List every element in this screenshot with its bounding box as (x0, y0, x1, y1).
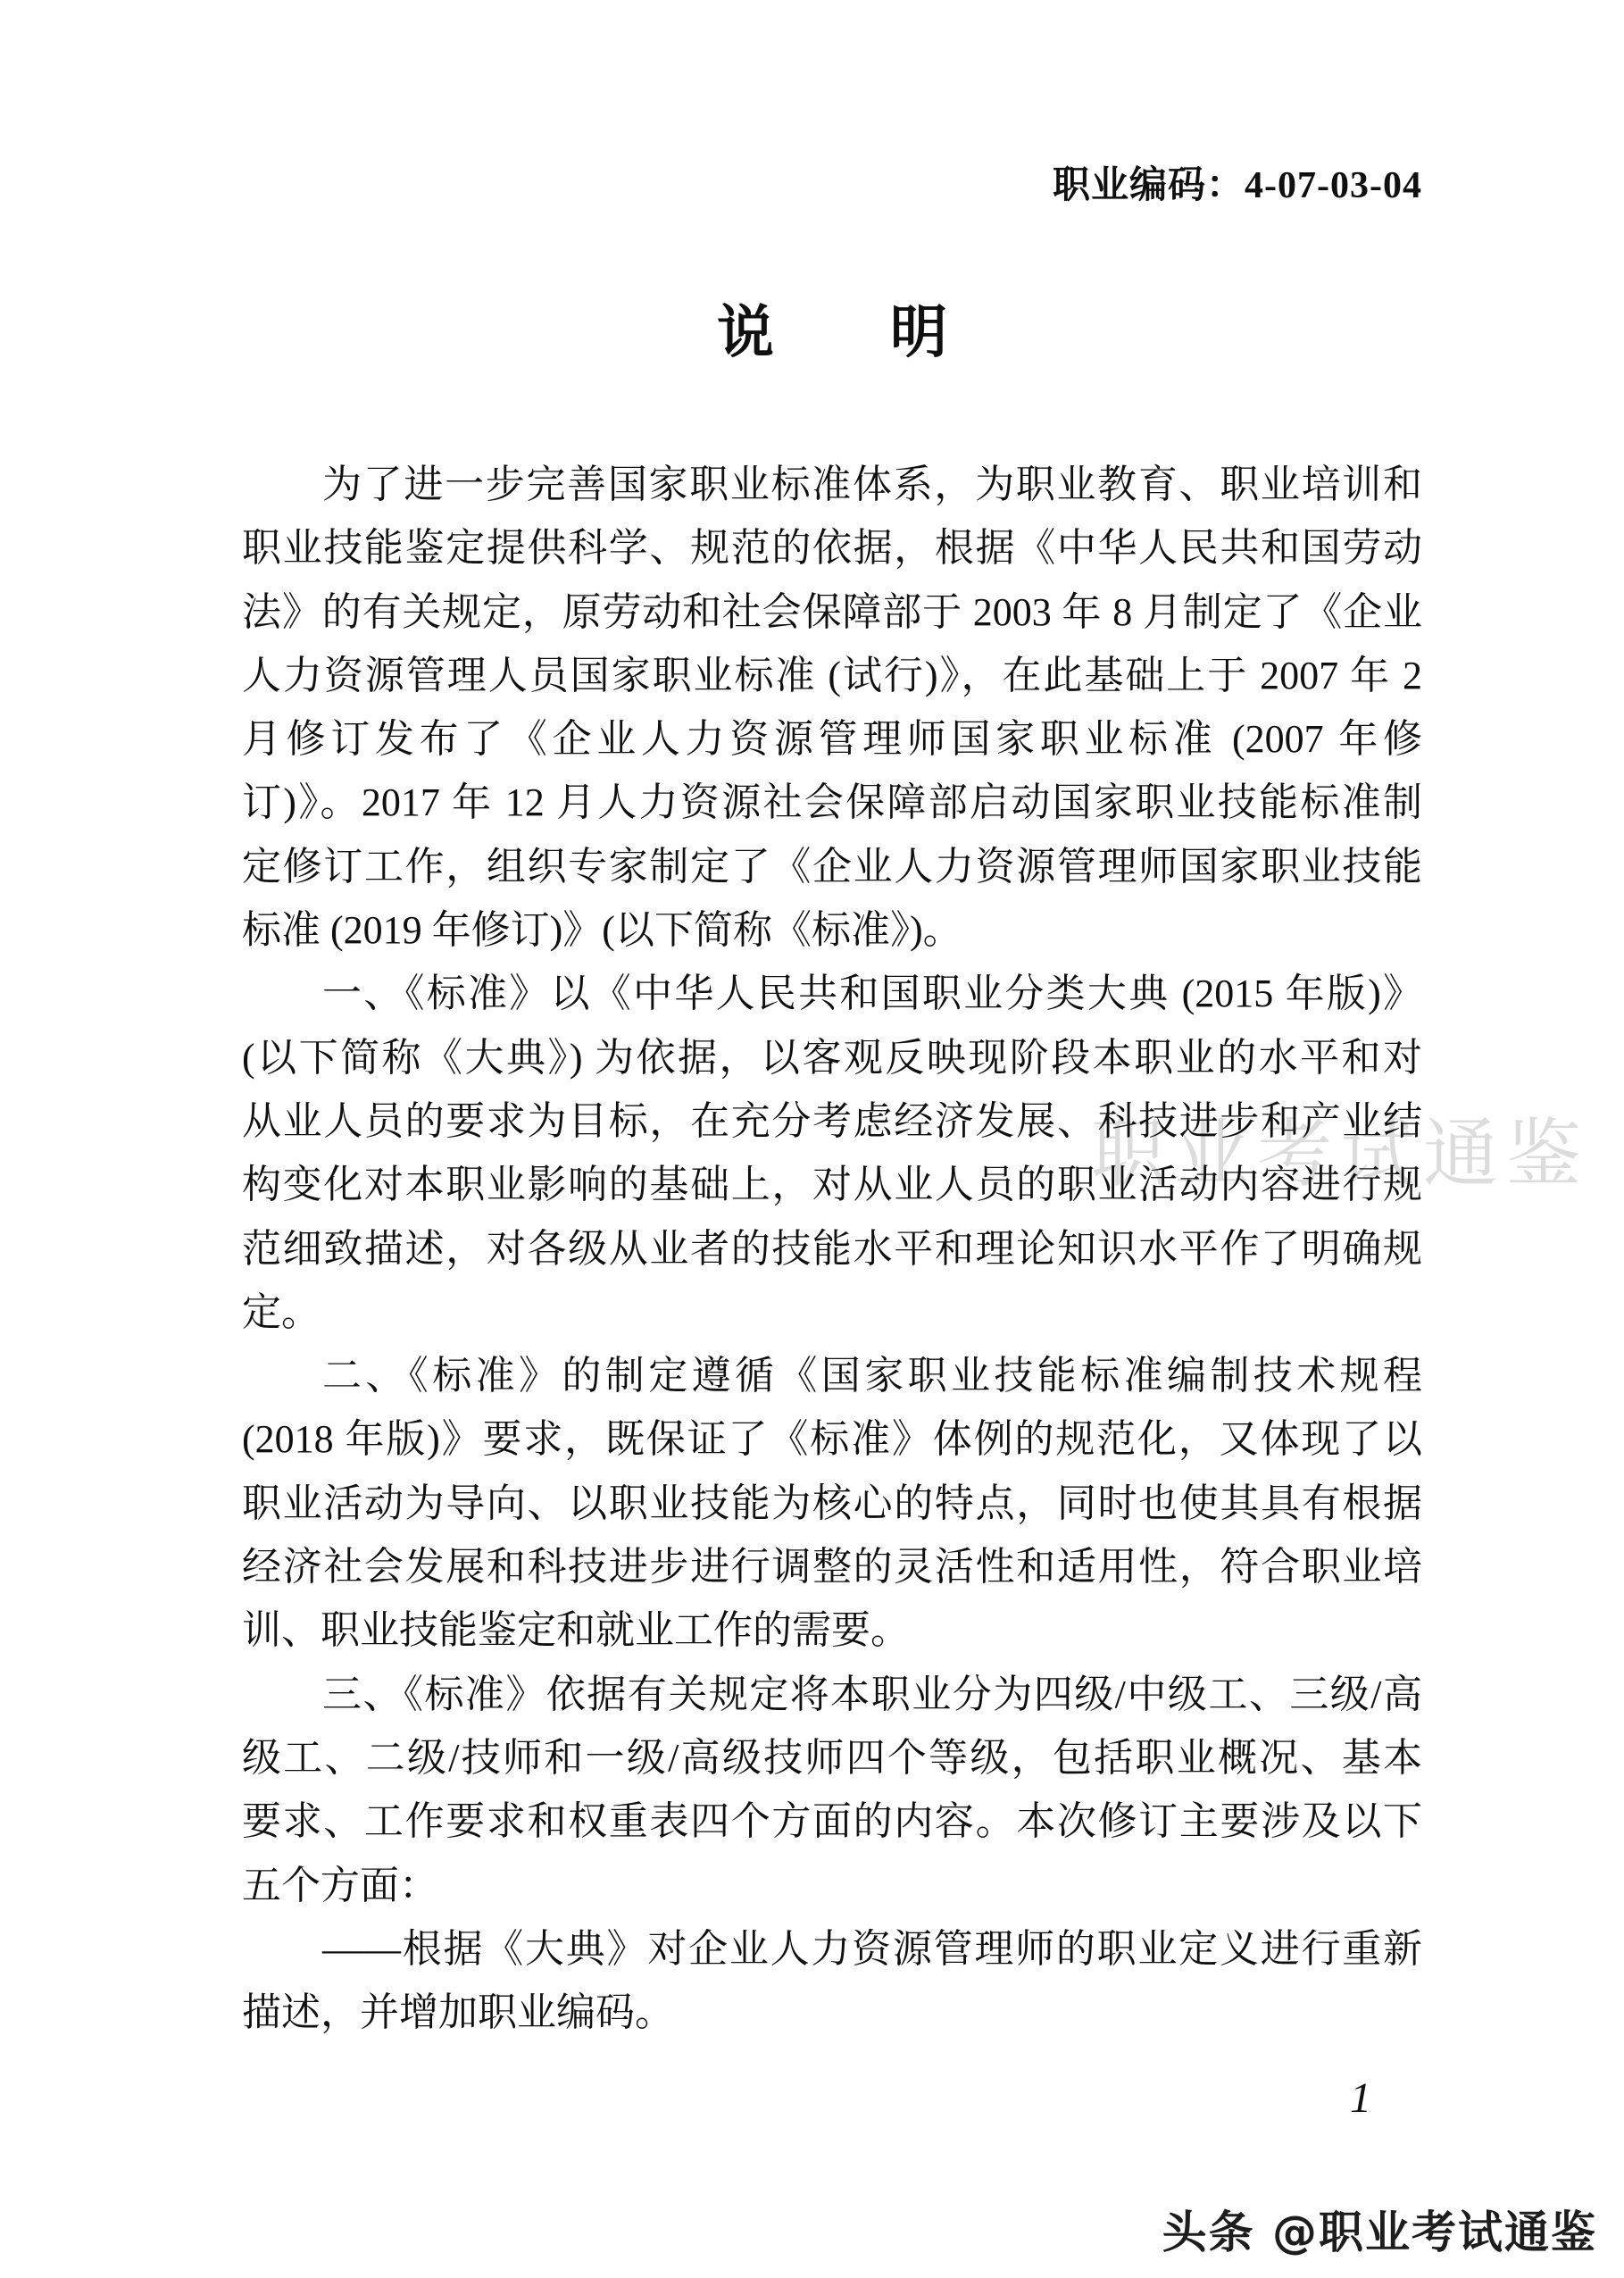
text-line: 职业技能鉴定提供科学、规范的依据，根据《中华人民共和国劳动 (242, 516, 1422, 580)
body-text-block: 为了进一步完善国家职业标准体系，为职业教育、职业培训和 职业技能鉴定提供科学、规… (242, 453, 1422, 2044)
document-page: 职业编码：4-07-03-04 说 明 职业考试通鉴 为了进一步完善国家职业标准… (0, 0, 1624, 2278)
text-line: 月修订发布了《企业人力资源管理师国家职业标准 (2007 年修 (242, 707, 1422, 771)
header-occupation-code: 职业编码：4-07-03-04 (1053, 155, 1422, 209)
text-line: (以下简称《大典》) 为依据，以客观反映现阶段本职业的水平和对 (242, 1026, 1422, 1089)
text-line: 人力资源管理人员国家职业标准 (试行)》，在此基础上于 2007 年 2 (242, 644, 1422, 707)
text-line: 级工、二级/技师和一级/高级技师四个等级，包括职业概况、基本 (242, 1726, 1422, 1790)
text-line: 描述，并增加职业编码。 (242, 1981, 1422, 2044)
page-title: 说 明 (242, 300, 1422, 366)
text-line: 一、《标准》以《中华人民共和国职业分类大典 (2015 年版)》 (242, 962, 1422, 1025)
text-line: (2018 年版)》要求，既保证了《标准》体例的规范化，又体现了以 (242, 1407, 1422, 1471)
text-line: 为了进一步完善国家职业标准体系，为职业教育、职业培训和 (242, 453, 1422, 516)
title-char-2: 明 (890, 300, 947, 366)
text-line: 二、《标准》的制定遵循《国家职业技能标准编制技术规程 (242, 1344, 1422, 1407)
text-line: 定修订工作，组织专家制定了《企业人力资源管理师国家职业技能 (242, 835, 1422, 898)
text-line: 职业活动为导向、以职业技能为核心的特点，同时也使其具有根据 (242, 1472, 1422, 1535)
text-line: 定。 (242, 1281, 1422, 1344)
title-char-1: 说 (717, 300, 774, 366)
credit-watermark: 头条 @职业考试通鉴 (1162, 2197, 1597, 2261)
page-number: 1 (1350, 2074, 1371, 2124)
text-line: 标准 (2019 年修订)》(以下简称《标准》)。 (242, 898, 1422, 962)
text-line: 法》的有关规定，原劳动和社会保障部于 2003 年 8 月制定了《企业 (242, 580, 1422, 644)
text-line: 订)》。2017 年 12 月人力资源社会保障部启动国家职业技能标准制 (242, 771, 1422, 834)
text-line: ——根据《大典》对企业人力资源管理师的职业定义进行重新 (242, 1917, 1422, 1981)
text-line: 经济社会发展和科技进步进行调整的灵活性和适用性，符合职业培 (242, 1535, 1422, 1598)
text-line: 五个方面： (242, 1854, 1422, 1917)
text-line: 范细致描述，对各级从业者的技能水平和理论知识水平作了明确规 (242, 1217, 1422, 1281)
text-line: 要求、工作要求和权重表四个方面的内容。本次修订主要涉及以下 (242, 1790, 1422, 1853)
text-line: 构变化对本职业影响的基础上，对从业人员的职业活动内容进行规 (242, 1153, 1422, 1216)
text-line: 训、职业技能鉴定和就业工作的需要。 (242, 1598, 1422, 1662)
text-line: 从业人员的要求为目标，在充分考虑经济发展、科技进步和产业结 (242, 1089, 1422, 1153)
text-line: 三、《标准》依据有关规定将本职业分为四级/中级工、三级/高 (242, 1663, 1422, 1726)
